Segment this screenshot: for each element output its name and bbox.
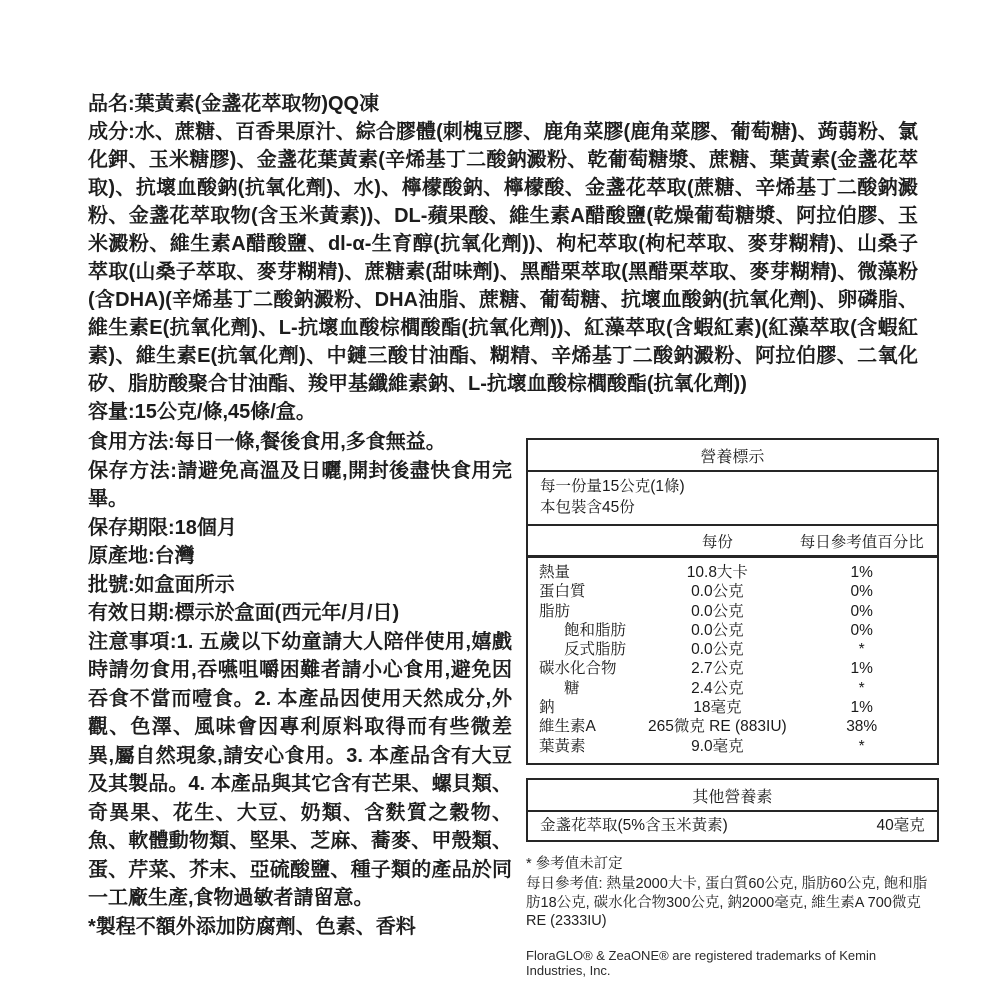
expiry-date-value: 標示於盒面(西元年/月/日)	[175, 602, 399, 624]
nutrient-row-sodium: 鈉18毫克1%	[528, 698, 937, 717]
usage-value: 每日一條,餐後食用,多食無益。	[175, 431, 446, 453]
daily-value-header: 每日參考值百分比	[787, 530, 937, 552]
servings-per-pack: 本包裝含45份	[540, 497, 925, 518]
batch-number-row: 批號:如盒面所示	[88, 571, 512, 600]
net-content-row: 容量:15公克/條,45條/盒。	[88, 398, 918, 426]
nutrient-row-protein: 蛋白質0.0公克0%	[528, 582, 937, 601]
ingredients-label: 成分:	[88, 121, 135, 143]
nutrient-row-calories: 熱量10.8大卡1%	[528, 563, 937, 582]
nutrition-panel: 營養標示 每一份量15公克(1條) 本包裝含45份 每份 每日參考值百分比 熱量…	[526, 428, 939, 978]
product-label-page: 品名:葉黃素(金盞花萃取物)QQ凍 成分:水、蔗糖、百香果原汁、綜合膠體(刺槐豆…	[0, 0, 1000, 1000]
product-summary: 品名:葉黃素(金盞花萃取物)QQ凍 成分:水、蔗糖、百香果原汁、綜合膠體(刺槐豆…	[88, 90, 918, 426]
nutrient-row-saturated-fat: 飽和脂肪0.0公克0%	[528, 621, 937, 640]
nutrition-table: 營養標示 每一份量15公克(1條) 本包裝含45份 每份 每日參考值百分比 熱量…	[526, 438, 939, 765]
daily-reference-values: 每日參考值: 熱量2000大卡, 蛋白質60公克, 脂肪60公克, 飽和脂肪18…	[526, 875, 939, 931]
batch-number-label: 批號:	[88, 574, 135, 596]
shelf-life-label: 保存期限:	[88, 517, 175, 539]
expiry-date-row: 有效日期:標示於盒面(西元年/月/日)	[88, 599, 512, 628]
other-nutrients-title: 其他營養素	[528, 780, 937, 812]
details-column: 食用方法:每日一條,餐後食用,多食無益。 保存方法:請避免高溫及日曬,開封後盡快…	[88, 428, 512, 941]
ingredients-row: 成分:水、蔗糖、百香果原汁、綜合膠體(刺槐豆膠、鹿角菜膠(鹿角菜膠、葡萄糖)、蒟…	[88, 118, 918, 398]
storage-row: 保存方法:請避免高溫及日曬,開封後盡快食用完畢。	[88, 457, 512, 514]
origin-label: 原產地:	[88, 545, 155, 567]
nutrient-row-sugar: 糖2.4公克*	[528, 679, 937, 698]
other-nutrient-row-marigold: 金盞花萃取(5%含玉米黃素) 40毫克	[528, 812, 937, 840]
precautions-row: 注意事項:1. 五歲以下幼童請大人陪伴使用,嬉戲時請勿食用,吞嚥咀嚼困難者請小心…	[88, 628, 512, 913]
nutrient-row-carbohydrate: 碳水化合物2.7公克1%	[528, 659, 937, 678]
other-nutrient-name: 金盞花萃取(5%含玉米黃素)	[540, 815, 728, 836]
product-name-label: 品名:	[88, 93, 135, 115]
column-header-row: 每份 每日參考值百分比	[528, 526, 937, 558]
product-name-value: 葉黃素(金盞花萃取物)QQ凍	[135, 93, 379, 115]
nutrient-row-trans-fat: 反式脂肪0.0公克*	[528, 640, 937, 659]
shelf-life-row: 保存期限:18個月	[88, 514, 512, 543]
net-content-value: 15公克/條,45條/盒。	[135, 401, 316, 423]
other-nutrients-table: 其他營養素 金盞花萃取(5%含玉米黃素) 40毫克	[526, 778, 939, 842]
reference-notes: * 參考值未訂定 每日參考值: 熱量2000大卡, 蛋白質60公克, 脂肪60公…	[526, 855, 939, 931]
nutrient-row-fat: 脂肪0.0公克0%	[528, 602, 937, 621]
nutrition-title: 營養標示	[528, 440, 937, 472]
nutrient-row-lutein: 葉黃素9.0毫克*	[528, 737, 937, 756]
expiry-date-label: 有效日期:	[88, 602, 175, 624]
serving-info: 每一份量15公克(1條) 本包裝含45份	[528, 472, 937, 526]
other-nutrient-amount: 40毫克	[876, 815, 924, 836]
trademark-note: FloraGLO® & ZeaONE® are registered trade…	[526, 948, 939, 978]
precautions-label: 注意事項:	[88, 631, 177, 653]
product-name-row: 品名:葉黃素(金盞花萃取物)QQ凍	[88, 90, 918, 118]
lower-section: 食用方法:每日一條,餐後食用,多食無益。 保存方法:請避免高溫及日曬,開封後盡快…	[88, 428, 918, 978]
storage-label: 保存方法:	[88, 460, 177, 482]
batch-number-value: 如盒面所示	[135, 574, 235, 596]
precautions-value: 1. 五歲以下幼童請大人陪伴使用,嬉戲時請勿食用,吞嚥咀嚼困難者請小心食用,避免…	[88, 631, 512, 910]
per-serving-header: 每份	[648, 530, 787, 552]
ingredients-value: 水、蔗糖、百香果原汁、綜合膠體(刺槐豆膠、鹿角菜膠(鹿角菜膠、葡萄糖)、蒟蒻粉、…	[88, 121, 918, 395]
nutrient-row-vitamin-a: 維生素A265微克 RE (883IU)38%	[528, 717, 937, 736]
origin-value: 台灣	[155, 545, 195, 567]
shelf-life-value: 18個月	[175, 517, 237, 539]
origin-row: 原產地:台灣	[88, 542, 512, 571]
reference-undefined-note: * 參考值未訂定	[526, 855, 939, 874]
usage-row: 食用方法:每日一條,餐後食用,多食無益。	[88, 428, 512, 457]
nutrient-rows: 熱量10.8大卡1% 蛋白質0.0公克0% 脂肪0.0公克0% 飽和脂肪0.0公…	[528, 558, 937, 763]
no-additives-note: *製程不額外添加防腐劑、色素、香料	[88, 913, 512, 942]
net-content-label: 容量:	[88, 401, 135, 423]
serving-size: 每一份量15公克(1條)	[540, 476, 925, 497]
usage-label: 食用方法:	[88, 431, 175, 453]
